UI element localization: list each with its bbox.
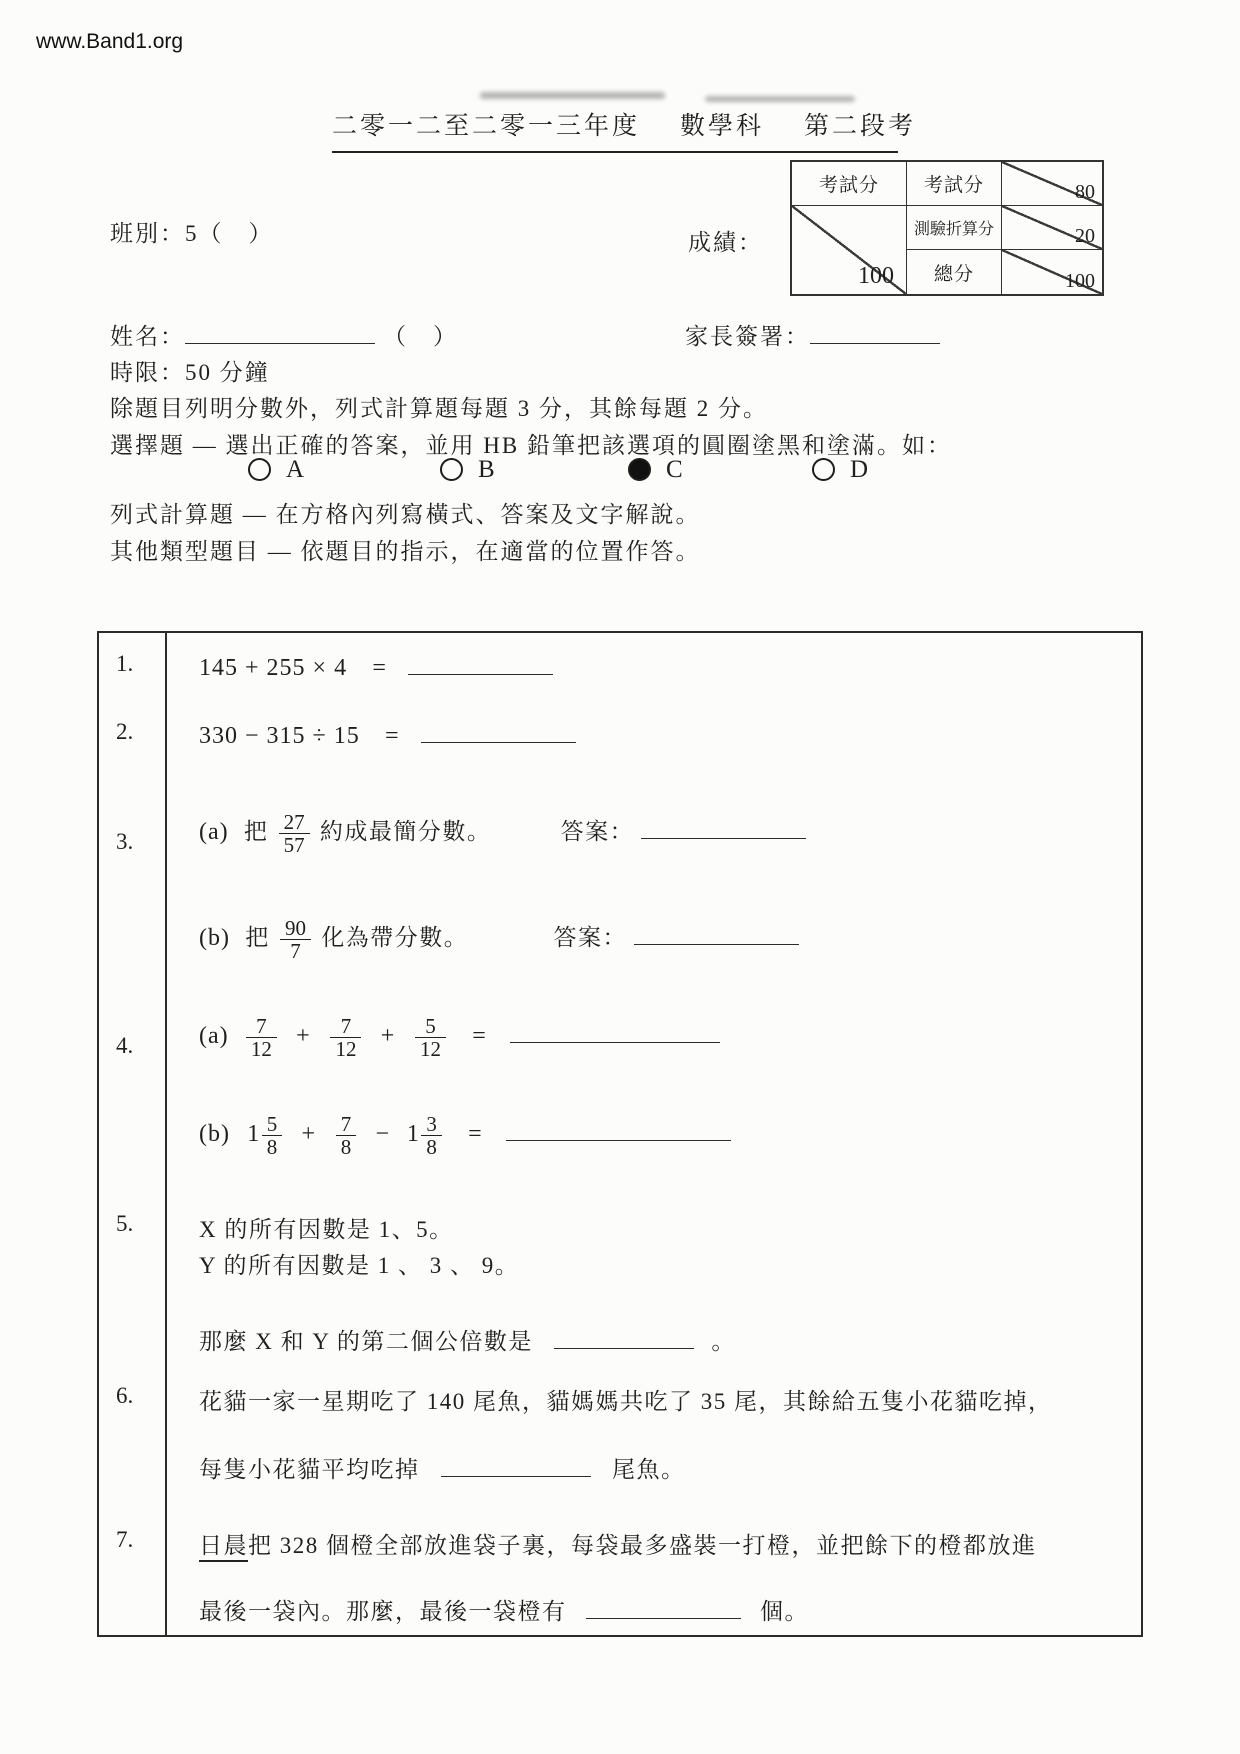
question-3-number: 3. [116, 829, 160, 855]
score-table-total-cell-left: 100 [792, 206, 907, 294]
q6-line2-post: 尾魚。 [612, 1457, 686, 1482]
score-table-left-max: 100 [858, 263, 894, 290]
q4a-f3-num: 5 [415, 1015, 446, 1038]
score-table-quiz-max-cell: 20 [1002, 206, 1102, 250]
q4b-answer-blank [506, 1117, 731, 1141]
q4b-f1-den: 8 [262, 1136, 283, 1158]
parent-signature-label: 家長簽署： [685, 324, 810, 349]
score-table-exam-header: 考試分 [792, 162, 907, 206]
q7-line2: 最後一袋內。那麼，最後一袋橙有 個。 [199, 1593, 809, 1626]
score-table-exam-max-cell: 80 [1002, 162, 1102, 206]
parent-signature-blank [810, 320, 940, 344]
exam-title-year: 二零一二至二零一三年度 [332, 113, 640, 140]
q4b-f2-num: 7 [336, 1113, 357, 1136]
q1-equals: = [372, 655, 387, 681]
q4a-f1-num: 7 [246, 1015, 277, 1038]
q6-answer-blank [441, 1453, 591, 1477]
score-label: 成績： [688, 224, 763, 257]
q3a-fraction: 2757 [279, 811, 310, 856]
question-4-number: 4. [116, 1033, 160, 1059]
q3b-answer-blank [634, 921, 799, 945]
q4b-fraction-1: 58 [262, 1113, 283, 1158]
q3b-fraction: 907 [280, 917, 311, 962]
q4b-plus: + [301, 1121, 316, 1147]
q4a-tag: (a) [199, 1023, 229, 1049]
q3b-answer-label: 答案： [553, 925, 627, 950]
exam-paper-page: www.Band1.org 二零一二至二零一三年度數學科第二段考 班別：5（ ）… [0, 0, 1240, 1754]
q5-line3: 那麼 X 和 Y 的第二個公倍數是 。 [199, 1323, 736, 1356]
q7-line2-pre: 最後一袋內。那麼，最後一袋橙有 [199, 1599, 567, 1624]
q7-line2-post: 個。 [760, 1599, 809, 1624]
q3b-pre: 把 [245, 925, 270, 950]
mc-option-b: B [440, 456, 495, 484]
q4b-whole-1: 1 [247, 1121, 261, 1147]
question-2: 330 − 315 ÷ 15 = [199, 719, 576, 750]
mc-option-a: A [248, 456, 304, 484]
q3a-tag: (a) [199, 819, 229, 845]
q4b-f2-den: 8 [336, 1136, 357, 1158]
q5-line3-pre: 那麼 X 和 Y 的第二個公倍數是 [199, 1329, 533, 1354]
instruction-calc: 列式計算題 — 在方格內列寫橫式、答案及文字解說。 [110, 496, 701, 529]
q1-answer-blank [408, 651, 553, 675]
q3a-numerator: 27 [279, 811, 310, 834]
q2-equals: = [385, 723, 400, 749]
q1-expression: 145 + 255 × 4 [199, 655, 347, 681]
q4b-whole-2: 1 [407, 1121, 421, 1147]
question-3b: (b) 把 907 化為帶分數。 答案： [199, 917, 799, 962]
q7-line1: 日晨把 328 個橙全部放進袋子裏，每袋最多盛裝一打橙，並把餘下的橙都放進 [199, 1527, 1037, 1560]
q4a-fraction-1: 712 [246, 1015, 277, 1060]
q4a-f1-den: 12 [246, 1038, 277, 1060]
option-circle-a [248, 458, 271, 481]
question-number-divider [165, 633, 167, 1635]
option-label-a: A [286, 456, 304, 483]
question-4b: (b) 158 + 78 − 138 = [199, 1113, 731, 1158]
q4a-f3-den: 12 [415, 1038, 446, 1060]
name-field: 姓名：（ ） [110, 318, 458, 351]
q4a-fraction-2: 712 [330, 1015, 361, 1060]
option-circle-b [440, 458, 463, 481]
instruction-marks: 除題目列明分數外，列式計算題每題 3 分，其餘每題 2 分。 [110, 390, 768, 423]
question-7-number: 7. [116, 1527, 160, 1553]
question-5-number: 5. [116, 1211, 160, 1237]
q6-line2-pre: 每隻小花貓平均吃掉 [199, 1457, 420, 1482]
q3a-answer-blank [641, 815, 806, 839]
q3a-answer-label: 答案： [561, 819, 635, 844]
parent-signature-field: 家長簽署： [685, 318, 940, 351]
question-3a: (a) 把 2757 約成最簡分數。 答案： [199, 811, 806, 856]
name-label: 姓名： [110, 324, 185, 349]
q5-line2: Y 的所有因數是 1 、 3 、 9。 [199, 1247, 519, 1280]
redacted-school-name [480, 92, 665, 99]
score-table-total-max: 100 [1065, 270, 1095, 293]
q4b-f3-den: 8 [421, 1136, 442, 1158]
option-label-b: B [478, 456, 495, 483]
q3a-post: 約成最簡分數。 [320, 819, 492, 844]
score-table-quiz-max: 20 [1075, 225, 1095, 248]
score-table-row-label-exam: 考試分 [907, 162, 1002, 206]
mc-option-d: D [812, 456, 868, 484]
instruction-other: 其他類型題目 — 依題目的指示，在適當的位置作答。 [110, 533, 701, 566]
q4b-minus: − [376, 1121, 391, 1147]
option-label-c: C [666, 456, 683, 483]
q2-expression: 330 − 315 ÷ 15 [199, 723, 360, 749]
class-field: 班別：5（ ） [110, 215, 274, 248]
q4b-fraction-3: 38 [421, 1113, 442, 1158]
q3b-numerator: 90 [280, 917, 311, 940]
q4b-f1-num: 5 [262, 1113, 283, 1136]
exam-title-subject: 數學科 [680, 113, 764, 140]
exam-title-term: 第二段考 [804, 113, 916, 140]
q4b-tag: (b) [199, 1121, 230, 1147]
q2-answer-blank [421, 719, 576, 743]
question-6-number: 6. [116, 1383, 160, 1409]
q7-line1-rest: 把 328 個橙全部放進袋子裏，每袋最多盛裝一打橙，並把餘下的橙都放進 [248, 1533, 1037, 1558]
score-table-total-max-cell: 100 [1002, 250, 1102, 294]
q4b-f3-num: 3 [421, 1113, 442, 1136]
q6-line1: 花貓一家一星期吃了 140 尾魚，貓媽媽共吃了 35 尾，其餘給五隻小花貓吃掉， [199, 1383, 1053, 1416]
q3b-denominator: 7 [280, 940, 311, 962]
name-blank [185, 320, 375, 344]
score-table-exam-max: 80 [1075, 181, 1095, 204]
q3a-pre: 把 [244, 819, 269, 844]
q5-line3-post: 。 [711, 1329, 736, 1354]
q4a-f2-num: 7 [330, 1015, 361, 1038]
time-limit: 時限：50 分鐘 [110, 354, 270, 387]
question-box: 1. 145 + 255 × 4 = 2. 330 − 315 ÷ 15 = 3… [97, 631, 1143, 1637]
q4a-plus-1: + [296, 1023, 311, 1049]
q4b-fraction-2: 78 [336, 1113, 357, 1158]
question-1: 145 + 255 × 4 = [199, 651, 553, 682]
q4a-plus-2: + [381, 1023, 396, 1049]
q3a-denominator: 57 [279, 834, 310, 856]
score-table-row-label-quiz: 測驗折算分 [907, 206, 1002, 250]
q4a-fraction-3: 512 [415, 1015, 446, 1060]
q7-answer-blank [586, 1595, 741, 1619]
option-label-d: D [850, 456, 868, 483]
q4a-answer-blank [510, 1019, 720, 1043]
q4b-equals: = [468, 1121, 483, 1147]
q6-line2: 每隻小花貓平均吃掉 尾魚。 [199, 1451, 686, 1484]
q4a-f2-den: 12 [330, 1038, 361, 1060]
q5-answer-blank [554, 1325, 694, 1349]
question-1-number: 1. [116, 651, 160, 677]
q4a-equals: = [472, 1023, 487, 1049]
mc-option-c: C [628, 456, 683, 484]
question-4a: (a) 712 + 712 + 512 = [199, 1015, 720, 1060]
score-table: 考試分 考試分 80 100 測驗折算分 20 總分 100 [790, 160, 1104, 296]
option-circle-d [812, 458, 835, 481]
q5-line1: X 的所有因數是 1、5。 [199, 1211, 454, 1244]
redacted-school-name [705, 96, 855, 102]
exam-title: 二零一二至二零一三年度數學科第二段考 [332, 106, 898, 153]
option-circle-c-filled [628, 458, 651, 481]
question-2-number: 2. [116, 719, 160, 745]
watermark: www.Band1.org [36, 30, 183, 54]
q3b-post: 化為帶分數。 [321, 925, 468, 950]
name-class-number-paren: （ ） [383, 324, 458, 349]
q7-student-name-underlined: 日晨 [199, 1533, 248, 1562]
score-table-row-label-total: 總分 [907, 250, 1002, 294]
q3b-tag: (b) [199, 925, 230, 951]
